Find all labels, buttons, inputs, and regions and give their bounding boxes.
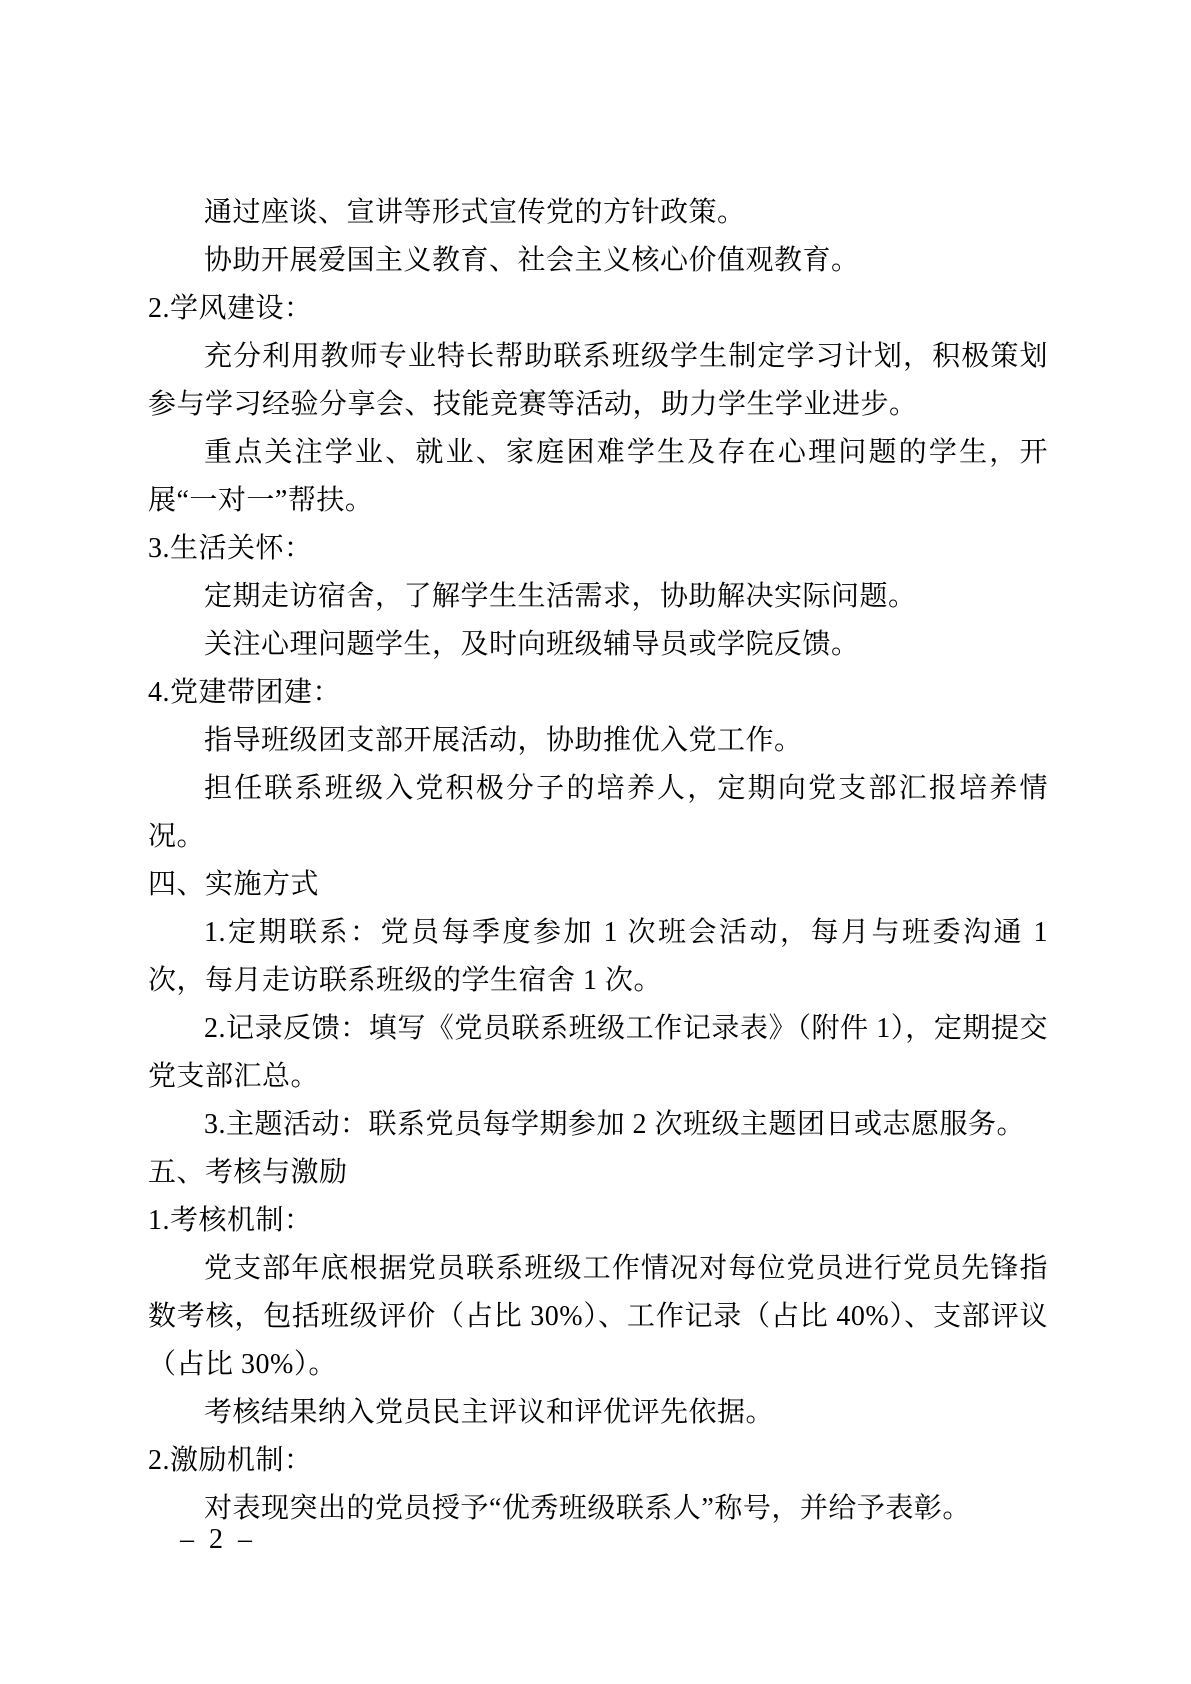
- document-page: 通过座谈、宣讲等形式宣传党的方针政策。 协助开展爱国主义教育、社会主义核心价值观…: [0, 0, 1191, 1684]
- paragraph: 3.主题活动：联系党员每学期参加 2 次班级主题团日或志愿服务。: [148, 1101, 1048, 1149]
- paragraph: 对表现突出的党员授予“优秀班级联系人”称号，并给予表彰。: [148, 1485, 1048, 1533]
- paragraph: 关注心理问题学生，及时向班级辅导员或学院反馈。: [148, 621, 1048, 669]
- paragraph: 担任联系班级入党积极分子的培养人，定期向党支部汇报培养情况。: [148, 765, 1048, 861]
- numbered-item: 2.激励机制：: [148, 1437, 1048, 1485]
- paragraph: 指导班级团支部开展活动，协助推优入党工作。: [148, 717, 1048, 765]
- paragraph: 充分利用教师专业特长帮助联系班级学生制定学习计划，积极策划参与学习经验分享会、技…: [148, 333, 1048, 429]
- numbered-item: 4.党建带团建：: [148, 669, 1048, 717]
- paragraph: 党支部年底根据党员联系班级工作情况对每位党员进行党员先锋指数考核，包括班级评价（…: [148, 1245, 1048, 1389]
- paragraph: 协助开展爱国主义教育、社会主义核心价值观教育。: [148, 237, 1048, 285]
- section-heading: 四、实施方式: [148, 861, 1048, 909]
- paragraph: 重点关注学业、就业、家庭困难学生及存在心理问题的学生，开展“一对一”帮扶。: [148, 429, 1048, 525]
- paragraph: 考核结果纳入党员民主评议和评优评先依据。: [148, 1389, 1048, 1437]
- paragraph: 通过座谈、宣讲等形式宣传党的方针政策。: [148, 189, 1048, 237]
- paragraph: 1.定期联系：党员每季度参加 1 次班会活动，每月与班委沟通 1 次，每月走访联…: [148, 909, 1048, 1005]
- numbered-item: 1.考核机制：: [148, 1197, 1048, 1245]
- paragraph: 定期走访宿舍，了解学生生活需求，协助解决实际问题。: [148, 573, 1048, 621]
- section-heading: 五、考核与激励: [148, 1149, 1048, 1197]
- numbered-item: 2.学风建设：: [148, 285, 1048, 333]
- document-body: 通过座谈、宣讲等形式宣传党的方针政策。 协助开展爱国主义教育、社会主义核心价值观…: [148, 189, 1048, 1533]
- page-number: – 2 –: [180, 1524, 256, 1556]
- paragraph: 2.记录反馈：填写《党员联系班级工作记录表》（附件 1），定期提交党支部汇总。: [148, 1005, 1048, 1101]
- numbered-item: 3.生活关怀：: [148, 525, 1048, 573]
